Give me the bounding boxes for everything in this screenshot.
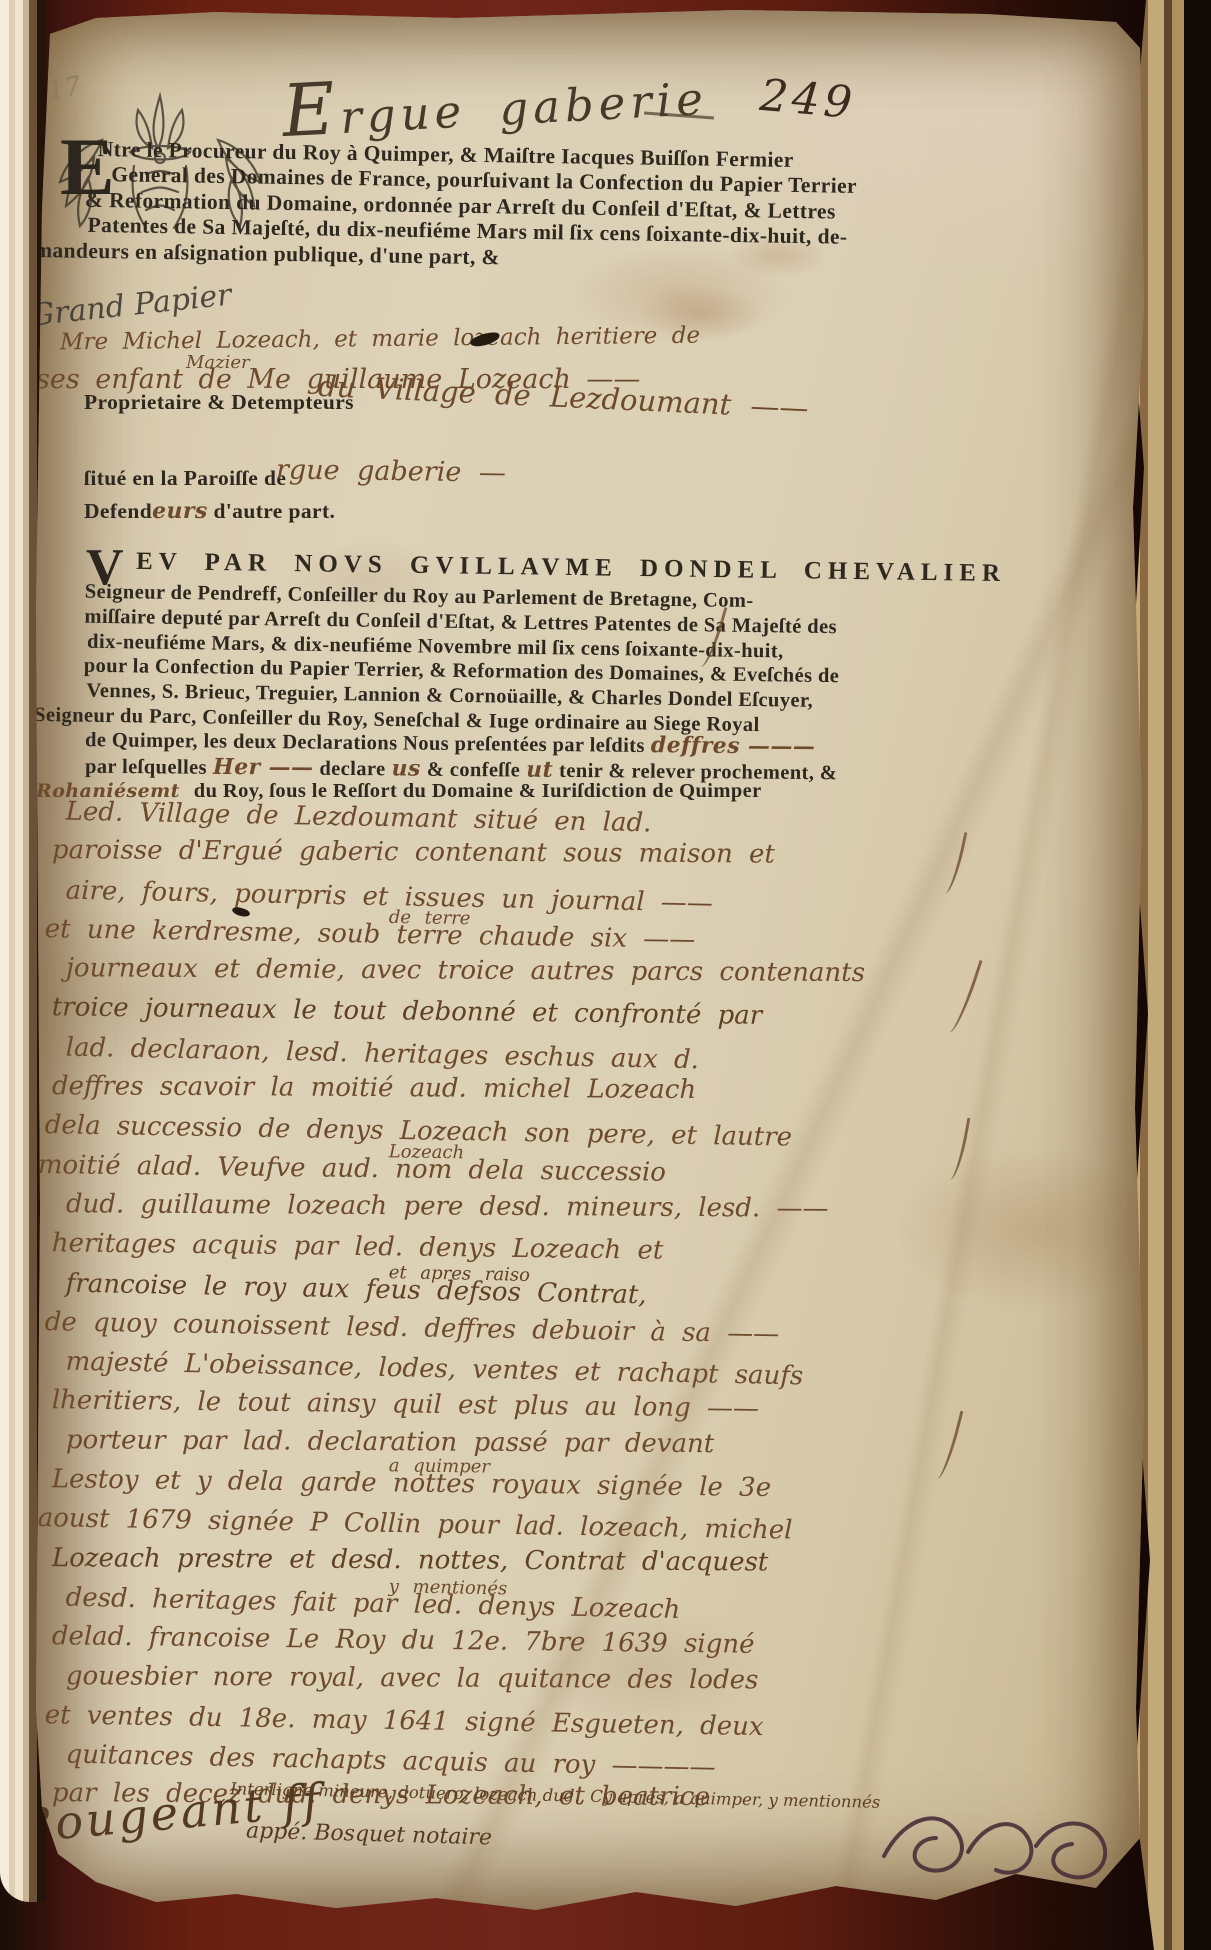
- line-text: desd. heritages fait par led. denys Loze…: [65, 1583, 680, 1625]
- manuscript-photo: 17 Ergue gaberie 249 E: [0, 0, 1211, 1950]
- handwritten-line: Mre Michel Lozeach, et marie lozeach her…: [60, 323, 700, 368]
- insert-deffres: deffres ———: [651, 732, 816, 760]
- line-text: francoise le roy aux feus defsos Contrat…: [65, 1268, 646, 1310]
- defendeurs-prefix: Defend: [84, 499, 152, 523]
- approbation-note: appé. Bosquet notaire: [246, 1819, 493, 1851]
- line-text: et ventes du 18e. may 1641 signé Esguete…: [45, 1700, 764, 1742]
- line-text: dud. guillaume lozeach pere desd. mineur…: [66, 1189, 829, 1224]
- defendeurs-line: Defendeurs d'autre part.: [84, 498, 335, 524]
- interlinear-insertion: Mazier: [186, 352, 250, 373]
- lesquelles-c: & confeſſe: [427, 759, 521, 782]
- printed-intro-paragraph: Ntre le Procureur du Roy à Quimper, & Ma…: [34, 136, 996, 278]
- handwritten-declaration-body: Led. Village de Lezdoumant situé en lad.…: [36, 796, 1016, 1818]
- folio-number: 249: [758, 70, 858, 129]
- line-text: porteur par lad. declaration passé par d…: [66, 1425, 714, 1459]
- insert-ut: ut: [526, 757, 553, 783]
- interlinear-insertion: de terre: [389, 907, 471, 929]
- lesquelles-a: par leſquelles: [85, 756, 207, 779]
- line-text: paroisse d'Ergué gaberic contenant sous …: [52, 835, 775, 869]
- handwritten-line: dud. guillaume lozeach pere desd. mineur…: [36, 1189, 1016, 1234]
- line-text: gouesbier nore royal, avec la quitance d…: [66, 1661, 759, 1695]
- line-text: deffres scavoir la moitié aud. michel Lo…: [52, 1071, 696, 1105]
- veu-heading: EV PAR NOVS GVILLAVME DONDEL CHEVALIER: [136, 548, 1006, 588]
- handwritten-line: journeaux et demie, avec troice autres p…: [36, 953, 1016, 998]
- interlinear-insertion: y mentionés: [389, 1576, 508, 1599]
- handwritten-line: deffres scavoir la moitié aud. michel Lo…: [36, 1071, 1016, 1116]
- line-text: troice journeaux le tout debonné et conf…: [52, 993, 763, 1032]
- lesquelles-b: declare: [319, 758, 385, 781]
- line-text: Lozeach prestre et desd. nottes, Contrat…: [52, 1543, 769, 1577]
- handwritten-line: gouesbier nore royal, avec la quitance d…: [36, 1661, 1016, 1706]
- printed-veu-paragraph: Seigneur de Pendreff, Conſeiller du Roy …: [34, 580, 996, 742]
- page-title-script: Ergue gaberie: [280, 47, 709, 153]
- paroisse-label: ſitué en la Paroiſſe de: [84, 466, 286, 491]
- proprietaire-label: Proprietaire & Detempteurs: [84, 390, 354, 415]
- line-text: Led. Village de Lezdoumant situé en lad.: [65, 797, 651, 839]
- corner-folio-mark: 17: [45, 71, 84, 107]
- interlinear-insertion: et apres raiso: [389, 1262, 531, 1286]
- line-text: heritages acquis par led. denys Lozeach …: [52, 1228, 664, 1265]
- insert-her: Her ——: [213, 754, 314, 781]
- handwritten-line: paroisse d'Ergué gaberic contenant sous …: [36, 835, 1016, 880]
- handwritten-line: Lozeach prestre et desd. nottes, Contrat…: [36, 1543, 1016, 1588]
- handwritten-line: porteur par lad. declaration passé par d…: [36, 1425, 1016, 1470]
- insert-us: us: [391, 755, 420, 781]
- line-text: Mre Michel Lozeach, et marie lozeach her…: [60, 323, 700, 356]
- defendeurs-suffix: d'autre part.: [213, 499, 335, 523]
- paroisse-value: rgue gaberie —: [276, 454, 506, 488]
- interlinear-insertion: Lozeach: [389, 1141, 465, 1163]
- interlinear-insertion: a quimper: [389, 1455, 490, 1477]
- line-text: lad. declaraon, lesd. heritages eschus a…: [65, 1032, 699, 1075]
- line-text: journeaux et demie, avec troice autres p…: [66, 953, 865, 988]
- manuscript-page: 17 Ergue gaberie 249 E: [36, 8, 1144, 1916]
- defendeurs-hand-fill: eurs: [152, 498, 208, 524]
